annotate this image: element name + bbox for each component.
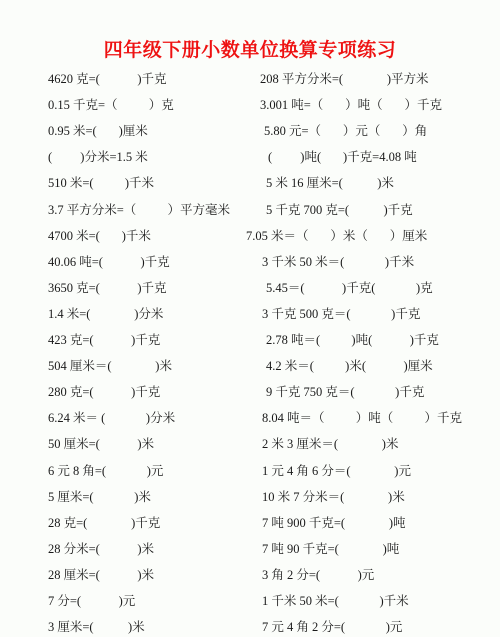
worksheet-title: 四年级下册小数单位换算专项练习 — [0, 38, 500, 62]
question-left-12: 504 厘米＝( )米 — [48, 358, 172, 374]
question-left-16: 6 元 8 角=( )元 — [48, 463, 163, 479]
question-right-7: 7.05 米＝（ ）米（ ）厘米 — [246, 228, 427, 244]
question-left-1: 4620 克=( )千克 — [48, 71, 167, 87]
question-right-16: 1 元 4 角 6 分＝( )元 — [262, 463, 411, 479]
question-right-6: 5 千克 700 克=( )千克 — [266, 202, 413, 218]
question-right-14: 8.04 吨＝（ ）吨（ ）千克 — [262, 410, 462, 426]
question-left-14: 6.24 米＝ ( )分米 — [48, 410, 175, 426]
question-left-6: 3.7 平方分米=（ ）平方毫米 — [48, 202, 230, 218]
question-left-11: 423 克=( )千克 — [48, 332, 160, 348]
question-right-11: 2.78 吨＝( )吨( )千克 — [266, 332, 439, 348]
question-right-1: 208 平方分米=( )平方米 — [260, 71, 429, 87]
question-left-10: 1.4 米=( )分米 — [48, 306, 163, 322]
question-left-8: 40.06 吨=( )千克 — [48, 254, 170, 270]
question-left-4: ( )分米=1.5 米 — [48, 149, 148, 165]
question-left-19: 28 分米=( )米 — [48, 541, 154, 557]
question-left-7: 4700 米=( )千米 — [48, 228, 151, 244]
question-right-12: 4.2 米＝( )米( )厘米 — [266, 358, 433, 374]
question-left-15: 50 厘米=( )米 — [48, 436, 154, 452]
question-right-9: 5.45＝( )千克( )克 — [266, 280, 433, 296]
question-right-17: 10 米 7 分米＝( )米 — [262, 489, 405, 505]
question-left-5: 510 米=( )千米 — [48, 175, 154, 191]
question-right-21: 1 千米 50 米=( )千米 — [262, 593, 409, 609]
question-left-18: 28 克=( )千克 — [48, 515, 160, 531]
question-right-5: 5 米 16 厘米=( )米 — [266, 175, 394, 191]
question-left-22: 3 厘米=( )米 — [48, 619, 145, 635]
question-left-17: 5 厘米=( )米 — [48, 489, 151, 505]
question-right-19: 7 吨 90 千克=( )吨 — [262, 541, 399, 557]
question-left-20: 28 厘米=( )米 — [48, 567, 154, 583]
question-left-13: 280 克=( )千克 — [48, 384, 160, 400]
question-left-2: 0.15 千克=（ ）克 — [48, 97, 174, 113]
question-right-2: 3.001 吨=（ ）吨（ ）千克 — [260, 97, 442, 113]
question-left-3: 0.95 米=( )厘米 — [48, 123, 148, 139]
question-right-18: 7 吨 900 千克=( )吨 — [262, 515, 406, 531]
question-right-4: ( )吨( )千克=4.08 吨 — [268, 149, 417, 165]
question-right-8: 3 千米 50 米＝( )千米 — [262, 254, 414, 270]
question-right-3: 5.80 元=（ ）元（ ）角 — [264, 123, 427, 139]
question-left-9: 3650 克=( )千克 — [48, 280, 167, 296]
question-right-13: 9 千克 750 克＝( )千克 — [266, 384, 424, 400]
question-right-10: 3 千克 500 克＝( )千克 — [262, 306, 420, 322]
question-left-21: 7 分=( )元 — [48, 593, 135, 609]
question-right-15: 2 米 3 厘米＝( )米 — [262, 436, 398, 452]
question-right-20: 3 角 2 分=( )元 — [262, 567, 374, 583]
question-right-22: 7 元 4 角 2 分=( )元 — [262, 619, 402, 635]
